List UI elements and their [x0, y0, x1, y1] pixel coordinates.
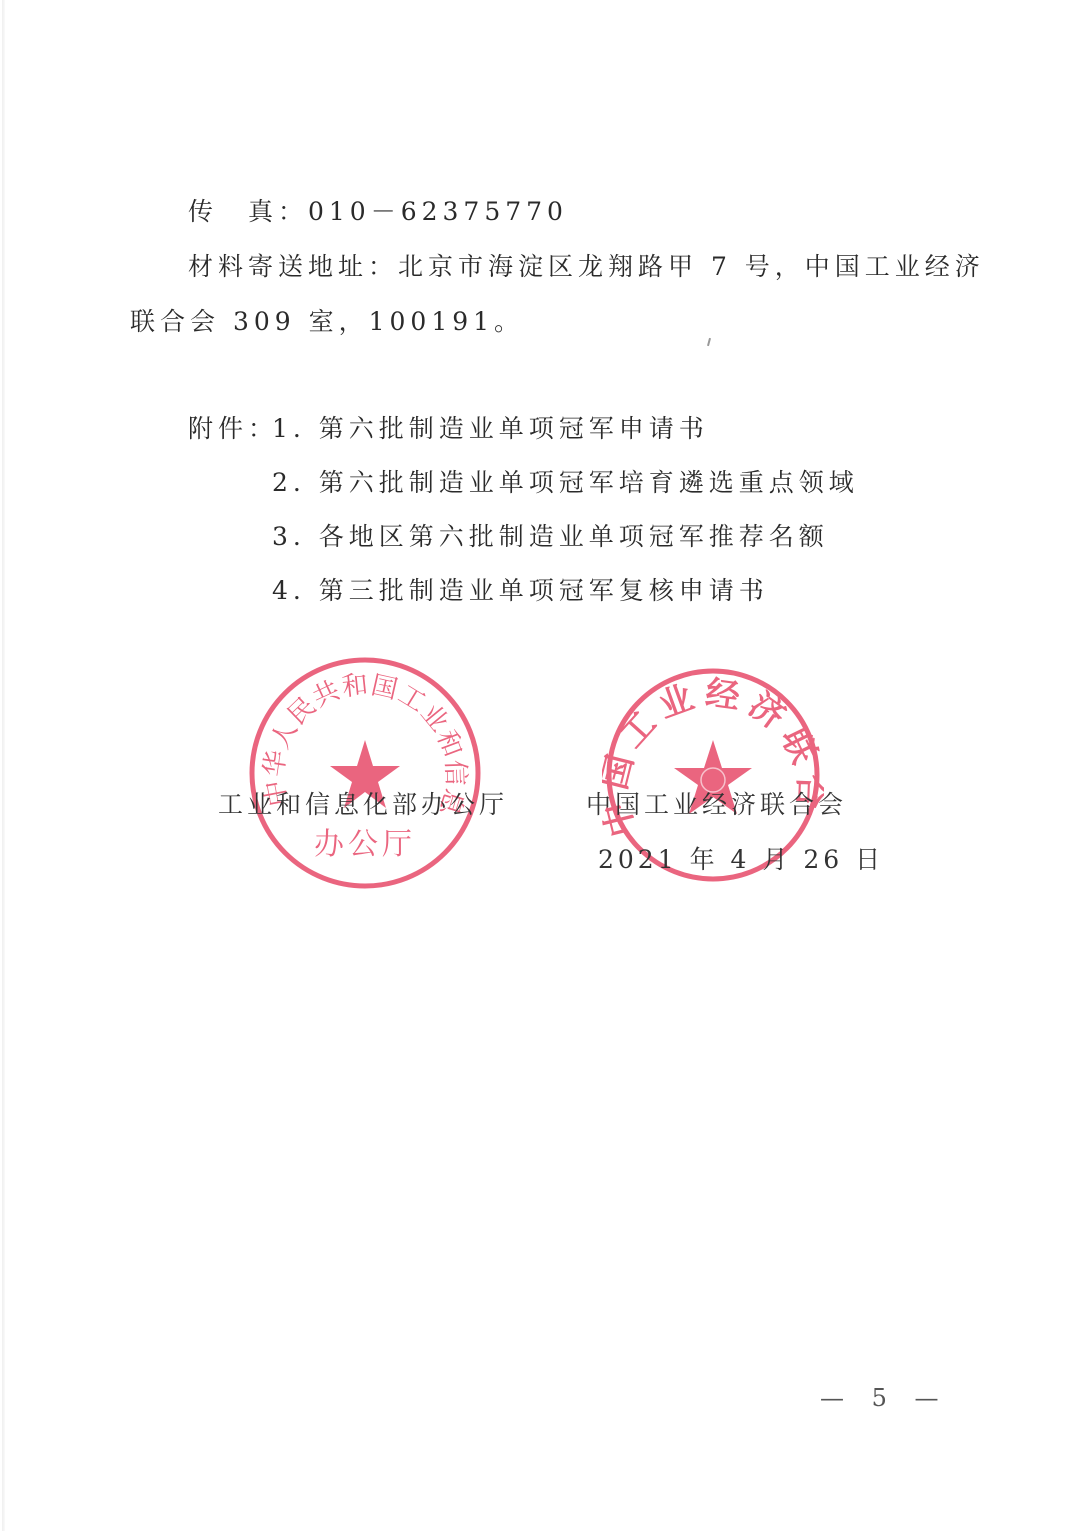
scan-speck: [707, 338, 711, 346]
attachment-item-1: 1. 第六批制造业单项冠军申请书: [272, 414, 709, 444]
ministry-signature: 工业和信息化部办公厅: [218, 790, 508, 820]
address-line-1: 材料寄送地址：北京市海淀区龙翔路甲 7 号，中国工业经济: [188, 252, 985, 282]
federation-signature: 中国工业经济联合会: [586, 790, 847, 820]
svg-text:办公厅: 办公厅: [314, 827, 416, 862]
attachments-label: 附件：: [188, 414, 278, 444]
scan-page-edge: [2, 0, 5, 1531]
ministry-seal-icon: 中华人民共和国工业和信息化部 办公厅: [246, 654, 484, 892]
address-line-2: 联合会 309 室，100191。: [130, 307, 524, 337]
page-number: — 5 —: [820, 1384, 949, 1412]
document-date: 2021 年 4 月 26 日: [598, 845, 884, 875]
fax-line: 传 真：010－62375770: [188, 197, 568, 227]
attachment-item-3: 3. 各地区第六批制造业单项冠军推荐名额: [272, 522, 829, 552]
attachment-item-4: 4. 第三批制造业单项冠军复核申请书: [272, 576, 769, 606]
attachment-item-2: 2. 第六批制造业单项冠军培育遴选重点领域: [272, 468, 859, 498]
